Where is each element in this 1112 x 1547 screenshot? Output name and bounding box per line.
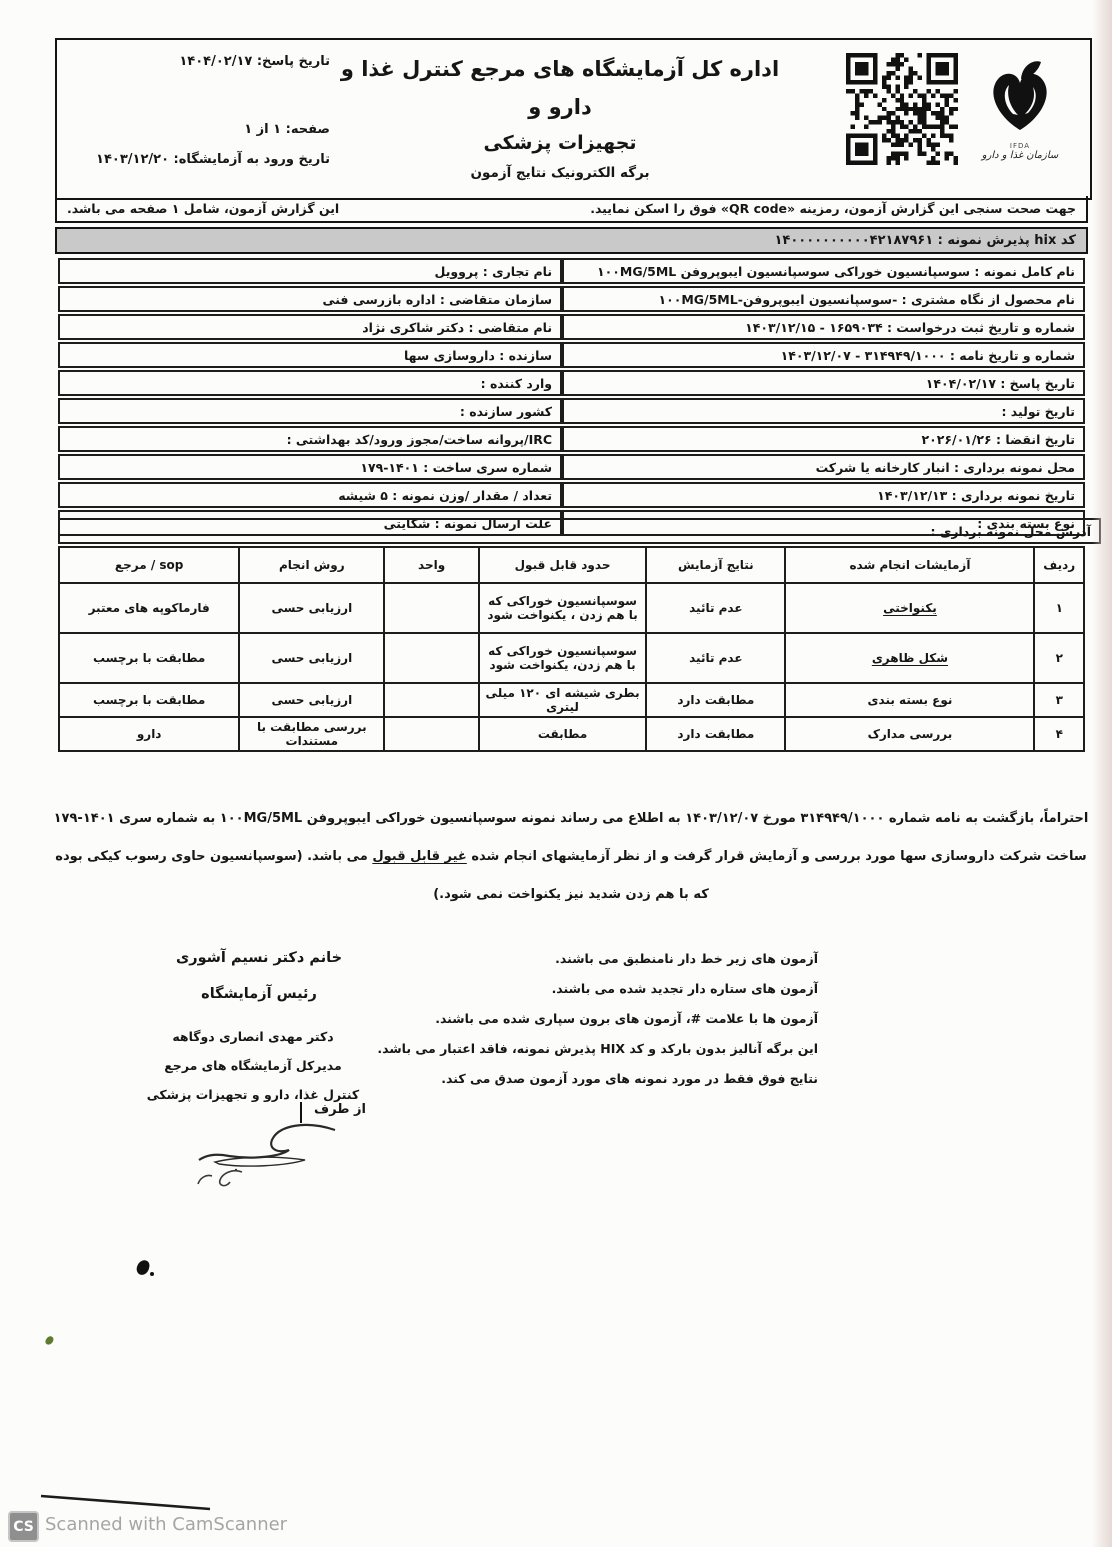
test-limits: سوسپانسیون خوراکی که با هم زدن، یکنواخت … bbox=[479, 633, 646, 683]
info-cell: شماره و تاریخ ثبت درخواست : ۱۶۵۹۰۳۴ - ۱۴… bbox=[562, 314, 1085, 340]
footnote: آزمون های ستاره دار تجدید شده می باشند. bbox=[528, 974, 818, 1004]
lab-head-signature-block: خانم دکتر نسیم آشوری رئیس آزمایشگاه bbox=[118, 940, 400, 1012]
column-header: واحد bbox=[384, 547, 479, 583]
test-method: ارزیابی حسی bbox=[239, 583, 384, 633]
conclusion-verdict: غیر قابل قبول bbox=[372, 849, 466, 864]
test-limits: سوسپانسیون خوراکی که با هم زدن ، یکنواخت… bbox=[479, 583, 646, 633]
test-method: ارزیابی حسی bbox=[239, 683, 384, 717]
director-name: دکتر مهدی انصاری دوگاهه bbox=[112, 1022, 394, 1051]
header-note-row: جهت صحت سنجی این گزارش آزمون، رمزینه «QR… bbox=[55, 196, 1088, 223]
info-cell: تاریخ تولید : bbox=[562, 398, 1085, 424]
table-row: نام کامل نمونه : سوسپانسیون خوراکی سوسپا… bbox=[58, 258, 1085, 284]
column-header: روش انجام bbox=[239, 547, 384, 583]
info-cell: وارد کننده : bbox=[58, 370, 562, 396]
info-cell: سازمان متقاضی : اداره بازرسی فنی bbox=[58, 286, 562, 312]
test-results-table: ردیف آزمایشات انجام شده نتایج آزمایش حدو… bbox=[58, 546, 1085, 752]
hix-code-text: کد hix پذیرش نمونه : ۱۴۰۰۰۰۰۰۰۰۰۰۴۲۱۸۷۹۶… bbox=[774, 233, 1076, 248]
info-cell: نام کامل نمونه : سوسپانسیون خوراکی سوسپا… bbox=[562, 258, 1085, 284]
handwritten-note-icon bbox=[192, 1166, 252, 1192]
table-row: تاریخ پاسخ : ۱۴۰۴/۰۲/۱۷ وارد کننده : bbox=[58, 370, 1085, 396]
row-number: ۴ bbox=[1034, 717, 1084, 751]
info-cell: تاریخ نمونه برداری : ۱۴۰۳/۱۲/۱۳ bbox=[562, 482, 1085, 508]
qr-code-icon bbox=[846, 53, 958, 165]
row-number: ۱ bbox=[1034, 583, 1084, 633]
title-line-2: تجهیزات پزشکی bbox=[325, 126, 795, 160]
footnote: آزمون های زیر خط دار نامنطبق می باشند. bbox=[528, 944, 818, 974]
column-header: ردیف bbox=[1034, 547, 1084, 583]
response-date: تاریخ پاسخ: ۱۴۰۴/۰۲/۱۷ bbox=[62, 54, 330, 69]
test-sop: فارماکوپه های معتبر bbox=[59, 583, 239, 633]
test-sop: مطابقت با برچسب bbox=[59, 683, 239, 717]
info-cell: شماره سری ساخت : ۱۴۰۱-۱۷۹ bbox=[58, 454, 562, 480]
info-cell: سازنده : داروسازی سها bbox=[58, 342, 562, 368]
info-cell: IRC/پروانه ساخت/مجوز ورود/کد بهداشتی : bbox=[58, 426, 562, 452]
column-header: آزمایشات انجام شده bbox=[785, 547, 1034, 583]
table-row: ۳ نوع بسته بندی مطابقت دارد بطری شیشه ای… bbox=[59, 683, 1084, 717]
ink-dot bbox=[150, 1272, 154, 1276]
test-unit bbox=[384, 633, 479, 683]
column-header: نتایج آزمایش bbox=[646, 547, 785, 583]
info-cell: تاریخ انقضا : ۲۰۲۶/۰۱/۲۶ bbox=[562, 426, 1085, 452]
test-method: ارزیابی حسی bbox=[239, 633, 384, 683]
info-cell: تعداد / مقدار /وزن نمونه : ۵ شیشه bbox=[58, 482, 562, 508]
conclusion-paragraph: احتراماً، بازگشت به نامه شماره ۳۱۴۹۴۹/۱۰… bbox=[50, 800, 1092, 914]
director-title-1: مدیرکل آزمایشگاه های مرجع bbox=[112, 1051, 394, 1080]
info-cell: نام محصول از نگاه مشتری : -سوسپانسیون ای… bbox=[562, 286, 1085, 312]
footnotes: آزمون های زیر خط دار نامنطبق می باشند. آ… bbox=[528, 944, 818, 1094]
logo-caption: سازمان غذا و دارو bbox=[968, 150, 1072, 162]
test-method: بررسی مطابقت با مستندات bbox=[239, 717, 384, 751]
test-result: عدم تائید bbox=[646, 583, 785, 633]
test-name: شکل ظاهری bbox=[785, 633, 1034, 683]
green-speck bbox=[44, 1335, 54, 1346]
scan-edge-line bbox=[35, 1488, 220, 1516]
test-unit bbox=[384, 683, 479, 717]
table-row: نام محصول از نگاه مشتری : -سوسپانسیون ای… bbox=[58, 286, 1085, 312]
table-row: شماره و تاریخ ثبت درخواست : ۱۶۵۹۰۳۴ - ۱۴… bbox=[58, 314, 1085, 340]
test-result: مطابقت دارد bbox=[646, 683, 785, 717]
info-cell: شماره و تاریخ نامه : ۳۱۴۹۴۹/۱۰۰۰ - ۱۴۰۳/… bbox=[562, 342, 1085, 368]
test-unit bbox=[384, 717, 479, 751]
table-header-row: ردیف آزمایشات انجام شده نتایج آزمایش حدو… bbox=[59, 547, 1084, 583]
table-row: تاریخ انقضا : ۲۰۲۶/۰۱/۲۶ IRC/پروانه ساخت… bbox=[58, 426, 1085, 452]
test-name: یکنواختی bbox=[785, 583, 1034, 633]
info-cell: نام متقاضی : دکتر شاکری نژاد bbox=[58, 314, 562, 340]
info-cell: کشور سازنده : bbox=[58, 398, 562, 424]
footnote: آزمون ها با علامت #، آزمون های برون سپار… bbox=[528, 1004, 818, 1034]
test-limits: مطابقت bbox=[479, 717, 646, 751]
test-name: بررسی مدارک bbox=[785, 717, 1034, 751]
lab-head-title: رئیس آزمایشگاه bbox=[118, 976, 400, 1012]
sampling-address-row: آدرس محل نمونه برداری : bbox=[58, 518, 1101, 544]
lab-head-name: خانم دکتر نسیم آشوری bbox=[118, 940, 400, 976]
test-result: مطابقت دارد bbox=[646, 717, 785, 751]
scan-page-edge bbox=[1092, 0, 1112, 1547]
info-cell: محل نمونه برداری : انبار کارخانه یا شرکت bbox=[562, 454, 1085, 480]
scanned-lab-report-page: تاریخ پاسخ: ۱۴۰۴/۰۲/۱۷ صفحه: ۱ از ۱ تاری… bbox=[0, 0, 1112, 1547]
table-row: شماره و تاریخ نامه : ۳۱۴۹۴۹/۱۰۰۰ - ۱۴۰۳/… bbox=[58, 342, 1085, 368]
camscanner-watermark: Scanned with CamScanner bbox=[45, 1514, 287, 1535]
row-number: ۲ bbox=[1034, 633, 1084, 683]
document-subtitle: برگه الکترونیک نتایج آزمون bbox=[325, 160, 795, 186]
table-row: تاریخ نمونه برداری : ۱۴۰۳/۱۲/۱۳ تعداد / … bbox=[58, 482, 1085, 508]
title-line-1: اداره کل آزمایشگاه های مرجع کنترل غذا و … bbox=[325, 50, 795, 126]
column-header: حدود قابل قبول bbox=[479, 547, 646, 583]
table-row: ۴ بررسی مدارک مطابقت دارد مطابقت بررسی م… bbox=[59, 717, 1084, 751]
test-sop: دارو bbox=[59, 717, 239, 751]
footnote: این برگه آنالیز بدون بارکد و کد HIX پذیر… bbox=[528, 1034, 818, 1064]
table-row: محل نمونه برداری : انبار کارخانه یا شرکت… bbox=[58, 454, 1085, 480]
ink-blot bbox=[135, 1259, 150, 1276]
column-header: sop / مرجع bbox=[59, 547, 239, 583]
test-limits: بطری شیشه ای ۱۲۰ میلی لیتری bbox=[479, 683, 646, 717]
ifda-logo-icon: IFDA سازمان غذا و دارو bbox=[968, 58, 1072, 176]
test-unit bbox=[384, 583, 479, 633]
lab-entry-date: تاریخ ورود به آزمایشگاه: ۱۴۰۳/۱۲/۲۰ bbox=[62, 152, 330, 167]
hix-code-bar: کد hix پذیرش نمونه : ۱۴۰۰۰۰۰۰۰۰۰۰۴۲۱۸۷۹۶… bbox=[55, 227, 1088, 254]
director-general-signature-block: دکتر مهدی انصاری دوگاهه مدیرکل آزمایشگاه… bbox=[112, 1022, 394, 1109]
info-cell: نام تجاری : پروویل bbox=[58, 258, 562, 284]
document-title: اداره کل آزمایشگاه های مرجع کنترل غذا و … bbox=[325, 50, 795, 186]
table-row: ۲ شکل ظاهری عدم تائید سوسپانسیون خوراکی … bbox=[59, 633, 1084, 683]
report-pages-note: این گزارش آزمون، شامل ۱ صفحه می باشد. bbox=[67, 201, 339, 216]
test-result: عدم تائید bbox=[646, 633, 785, 683]
sample-info-table: نام کامل نمونه : سوسپانسیون خوراکی سوسپا… bbox=[58, 258, 1085, 538]
row-number: ۳ bbox=[1034, 683, 1084, 717]
page-info: صفحه: ۱ از ۱ bbox=[62, 122, 330, 137]
table-row: تاریخ تولید : کشور سازنده : bbox=[58, 398, 1085, 424]
camscanner-badge: CS bbox=[8, 1511, 39, 1542]
logo-acronym: IFDA bbox=[968, 142, 1072, 150]
info-cell: تاریخ پاسخ : ۱۴۰۴/۰۲/۱۷ bbox=[562, 370, 1085, 396]
test-name: نوع بسته بندی bbox=[785, 683, 1034, 717]
test-sop: مطابقت با برچسب bbox=[59, 633, 239, 683]
footnote: نتایج فوق فقط در مورد نمونه های مورد آزم… bbox=[528, 1064, 818, 1094]
qr-scan-note: جهت صحت سنجی این گزارش آزمون، رمزینه «QR… bbox=[590, 201, 1076, 216]
table-row: ۱ یکنواختی عدم تائید سوسپانسیون خوراکی ک… bbox=[59, 583, 1084, 633]
